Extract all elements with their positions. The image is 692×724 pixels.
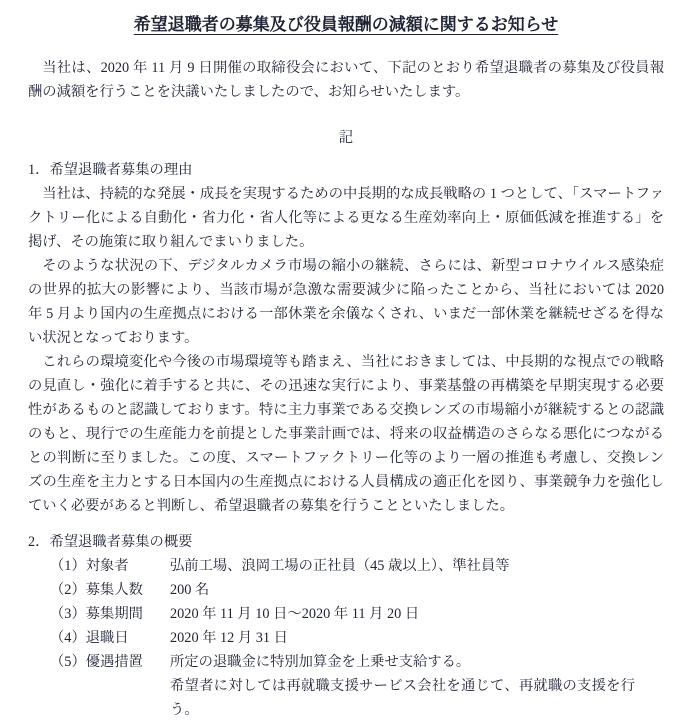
summary-value-headcount: 200 名	[170, 578, 664, 602]
section1-paragraph-3: これらの環境変化や今後の市場環境等も踏まえ、当社におきましては、中長期的な視点で…	[28, 350, 664, 518]
summary-label-benefits: （5）優遇措置	[50, 650, 170, 722]
section-reasons: 1．希望退職者募集の理由 当社は、持続的な発展・成長を実現するための中長期的な成…	[28, 158, 664, 518]
intro-paragraph: 当社は、2020 年 11 月 9 日開催の取締役会において、下記のとおり希望退…	[28, 56, 664, 104]
document-page: 希望退職者の募集及び役員報酬の減額に関するお知らせ 当社は、2020 年 11 …	[0, 0, 692, 724]
summary-row-period: （3）募集期間 2020 年 11 月 10 日～2020 年 11 月 20 …	[28, 602, 664, 626]
section1-heading: 1．希望退職者募集の理由	[28, 158, 664, 182]
document-title: 希望退職者の募集及び役員報酬の減額に関するお知らせ	[28, 12, 664, 38]
summary-row-headcount: （2）募集人数 200 名	[28, 578, 664, 602]
document-title-text: 希望退職者の募集及び役員報酬の減額に関するお知らせ	[134, 15, 559, 34]
summary-value-benefits-line1: 所定の退職金に特別加算金を上乗せ支給する。	[170, 650, 635, 674]
summary-value-benefits: 所定の退職金に特別加算金を上乗せ支給する。 希望者に対しては再就職支援サービス会…	[170, 650, 664, 722]
summary-label-headcount: （2）募集人数	[50, 578, 170, 602]
summary-row-target: （1）対象者 弘前工場、浪岡工場の正社員（45 歳以上）、準社員等	[28, 554, 664, 578]
summary-row-benefits: （5）優遇措置 所定の退職金に特別加算金を上乗せ支給する。 希望者に対しては再就…	[28, 650, 664, 722]
summary-value-benefits-line2: 希望者に対しては再就職支援サービス会社を通じて、再就職の支援を行う。	[170, 674, 635, 722]
summary-label-retirement-date: （4）退職日	[50, 626, 170, 650]
section2-heading: 2．希望退職者募集の概要	[28, 530, 664, 554]
summary-value-target: 弘前工場、浪岡工場の正社員（45 歳以上）、準社員等	[170, 554, 664, 578]
section-summary: 2．希望退職者募集の概要 （1）対象者 弘前工場、浪岡工場の正社員（45 歳以上…	[28, 530, 664, 722]
summary-label-period: （3）募集期間	[50, 602, 170, 626]
summary-value-period: 2020 年 11 月 10 日～2020 年 11 月 20 日	[170, 602, 664, 626]
section1-paragraph-2: そのような状況の下、デジタルカメラ市場の縮小の継続、さらには、新型コロナウイルス…	[28, 254, 664, 350]
summary-label-target: （1）対象者	[50, 554, 170, 578]
section1-paragraph-1: 当社は、持続的な発展・成長を実現するための中長期的な成長戦略の 1 つとして、「…	[28, 182, 664, 254]
summary-row-retirement-date: （4）退職日 2020 年 12 月 31 日	[28, 626, 664, 650]
notice-marker: 記	[28, 126, 664, 150]
summary-value-retirement-date: 2020 年 12 月 31 日	[170, 626, 664, 650]
